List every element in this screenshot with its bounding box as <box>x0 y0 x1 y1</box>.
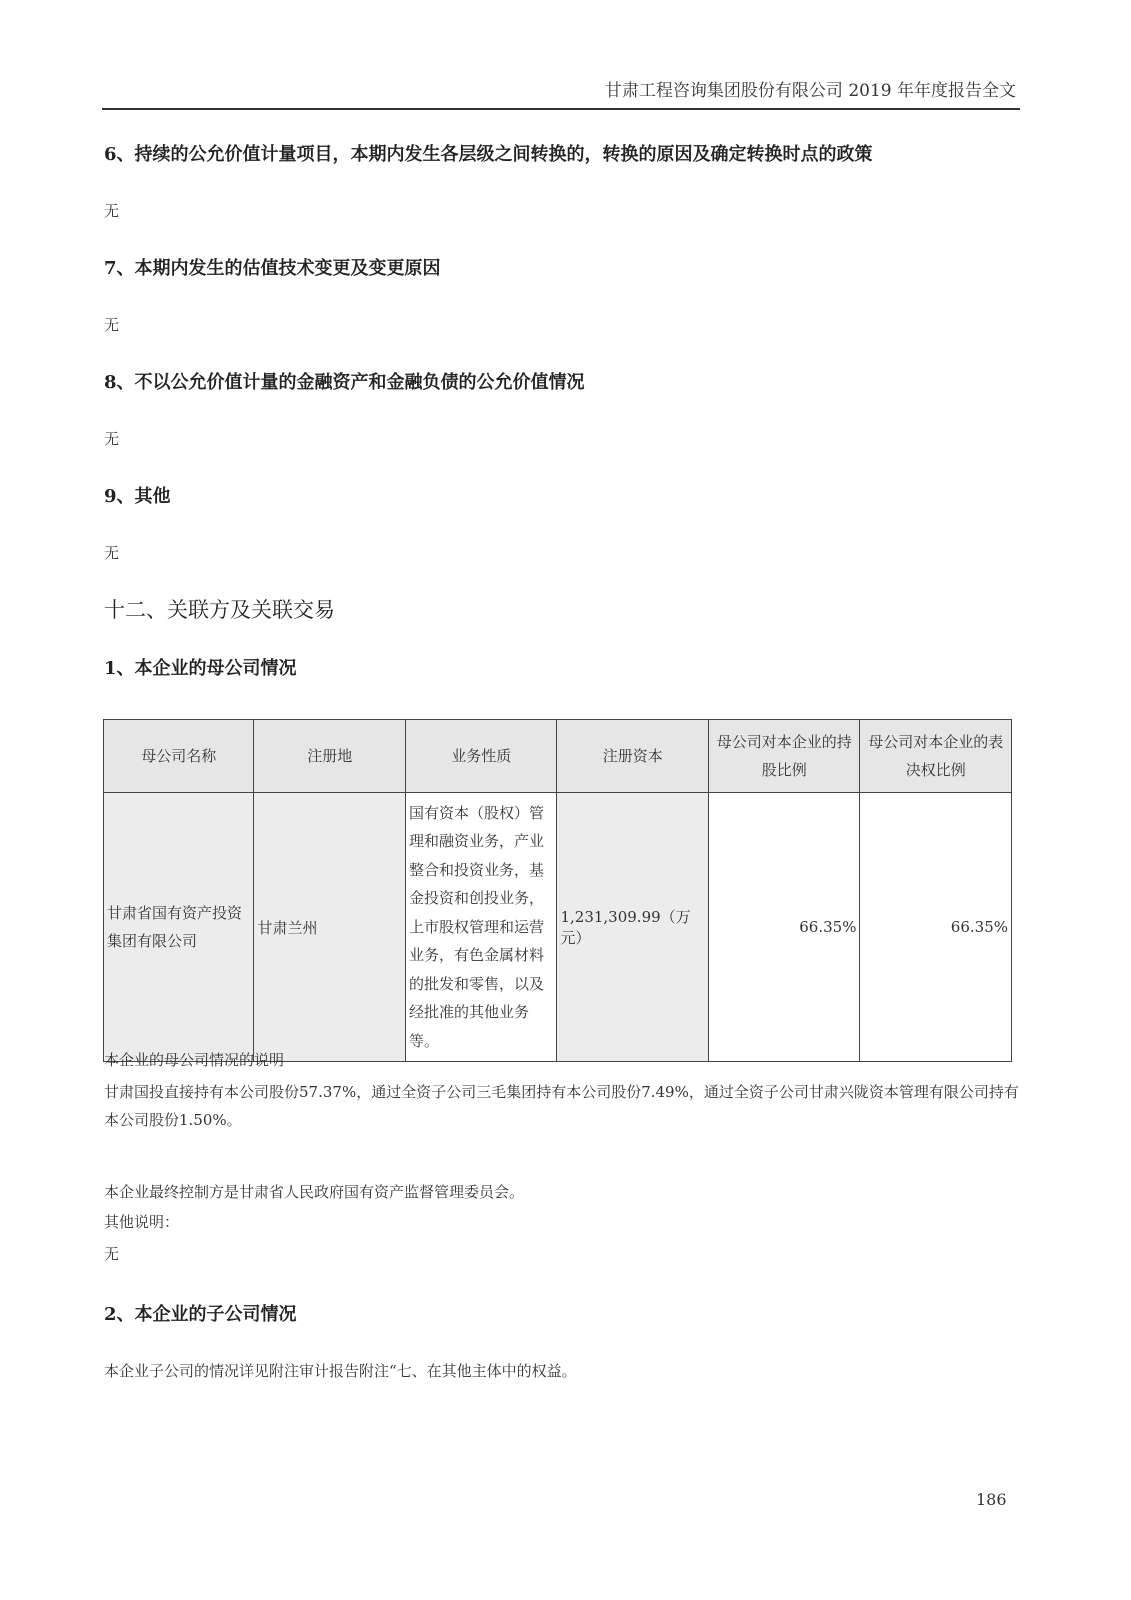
section-9-heading: 9、其他 <box>104 482 171 508</box>
section-6-body: 无 <box>104 200 119 221</box>
other-notes-body: 无 <box>104 1243 119 1264</box>
col-shareholding-ratio: 母公司对本企业的持股比例 <box>708 720 860 793</box>
subsidiaries-body: 本企业子公司的情况详见附注审计报告附注“七、在其他主体中的权益。 <box>104 1360 577 1381</box>
cell-parent-name: 甘肃省国有资产投资集团有限公司 <box>104 793 254 1062</box>
parent-note-body: 甘肃国投直接持有本公司股份57.37%，通过全资子公司三毛集团持有本公司股份7.… <box>104 1078 1020 1134</box>
table-header-row: 母公司名称 注册地 业务性质 注册资本 母公司对本企业的持股比例 母公司对本企业… <box>104 720 1012 793</box>
table-row: 甘肃省国有资产投资集团有限公司 甘肃兰州 国有资本（股权）管理和融资业务，产业整… <box>104 793 1012 1062</box>
section-8-heading: 8、不以公允价值计量的金融资产和金融负债的公允价值情况 <box>104 368 585 394</box>
parent-note-title: 本企业的母公司情况的说明 <box>104 1049 284 1070</box>
col-registered-place: 注册地 <box>254 720 406 793</box>
col-registered-capital: 注册资本 <box>557 720 709 793</box>
col-business-nature: 业务性质 <box>405 720 557 793</box>
cell-voting-ratio: 66.35% <box>860 793 1012 1062</box>
page-header: 甘肃工程咨询集团股份有限公司 2019 年年度报告全文 <box>102 78 1020 110</box>
ultimate-controller: 本企业最终控制方是甘肃省人民政府国有资产监督管理委员会。 <box>104 1181 524 1202</box>
section-9-body: 无 <box>104 542 119 563</box>
cell-shareholding-ratio: 66.35% <box>708 793 860 1062</box>
section-7-body: 无 <box>104 314 119 335</box>
subsidiaries-heading: 2、本企业的子公司情况 <box>104 1300 297 1326</box>
cell-registered-place: 甘肃兰州 <box>254 793 406 1062</box>
section-8-body: 无 <box>104 428 119 449</box>
section-6-heading: 6、持续的公允价值计量项目，本期内发生各层级之间转换的，转换的原因及确定转换时点… <box>104 140 873 166</box>
cell-registered-capital: 1,231,309.99（万元） <box>557 793 709 1062</box>
col-voting-ratio: 母公司对本企业的表决权比例 <box>860 720 1012 793</box>
chapter-title: 十二、关联方及关联交易 <box>104 594 335 624</box>
section-7-heading: 7、本期内发生的估值技术变更及变更原因 <box>104 254 441 280</box>
parent-company-table: 母公司名称 注册地 业务性质 注册资本 母公司对本企业的持股比例 母公司对本企业… <box>103 719 1012 1062</box>
page-number: 186 <box>976 1490 1007 1509</box>
cell-business-nature: 国有资本（股权）管理和融资业务，产业整合和投资业务，基金投资和创投业务，上市股权… <box>405 793 557 1062</box>
other-notes-label: 其他说明： <box>104 1211 179 1232</box>
col-parent-name: 母公司名称 <box>104 720 254 793</box>
parent-company-heading: 1、本企业的母公司情况 <box>104 654 297 680</box>
report-title: 甘肃工程咨询集团股份有限公司 2019 年年度报告全文 <box>605 81 1020 101</box>
